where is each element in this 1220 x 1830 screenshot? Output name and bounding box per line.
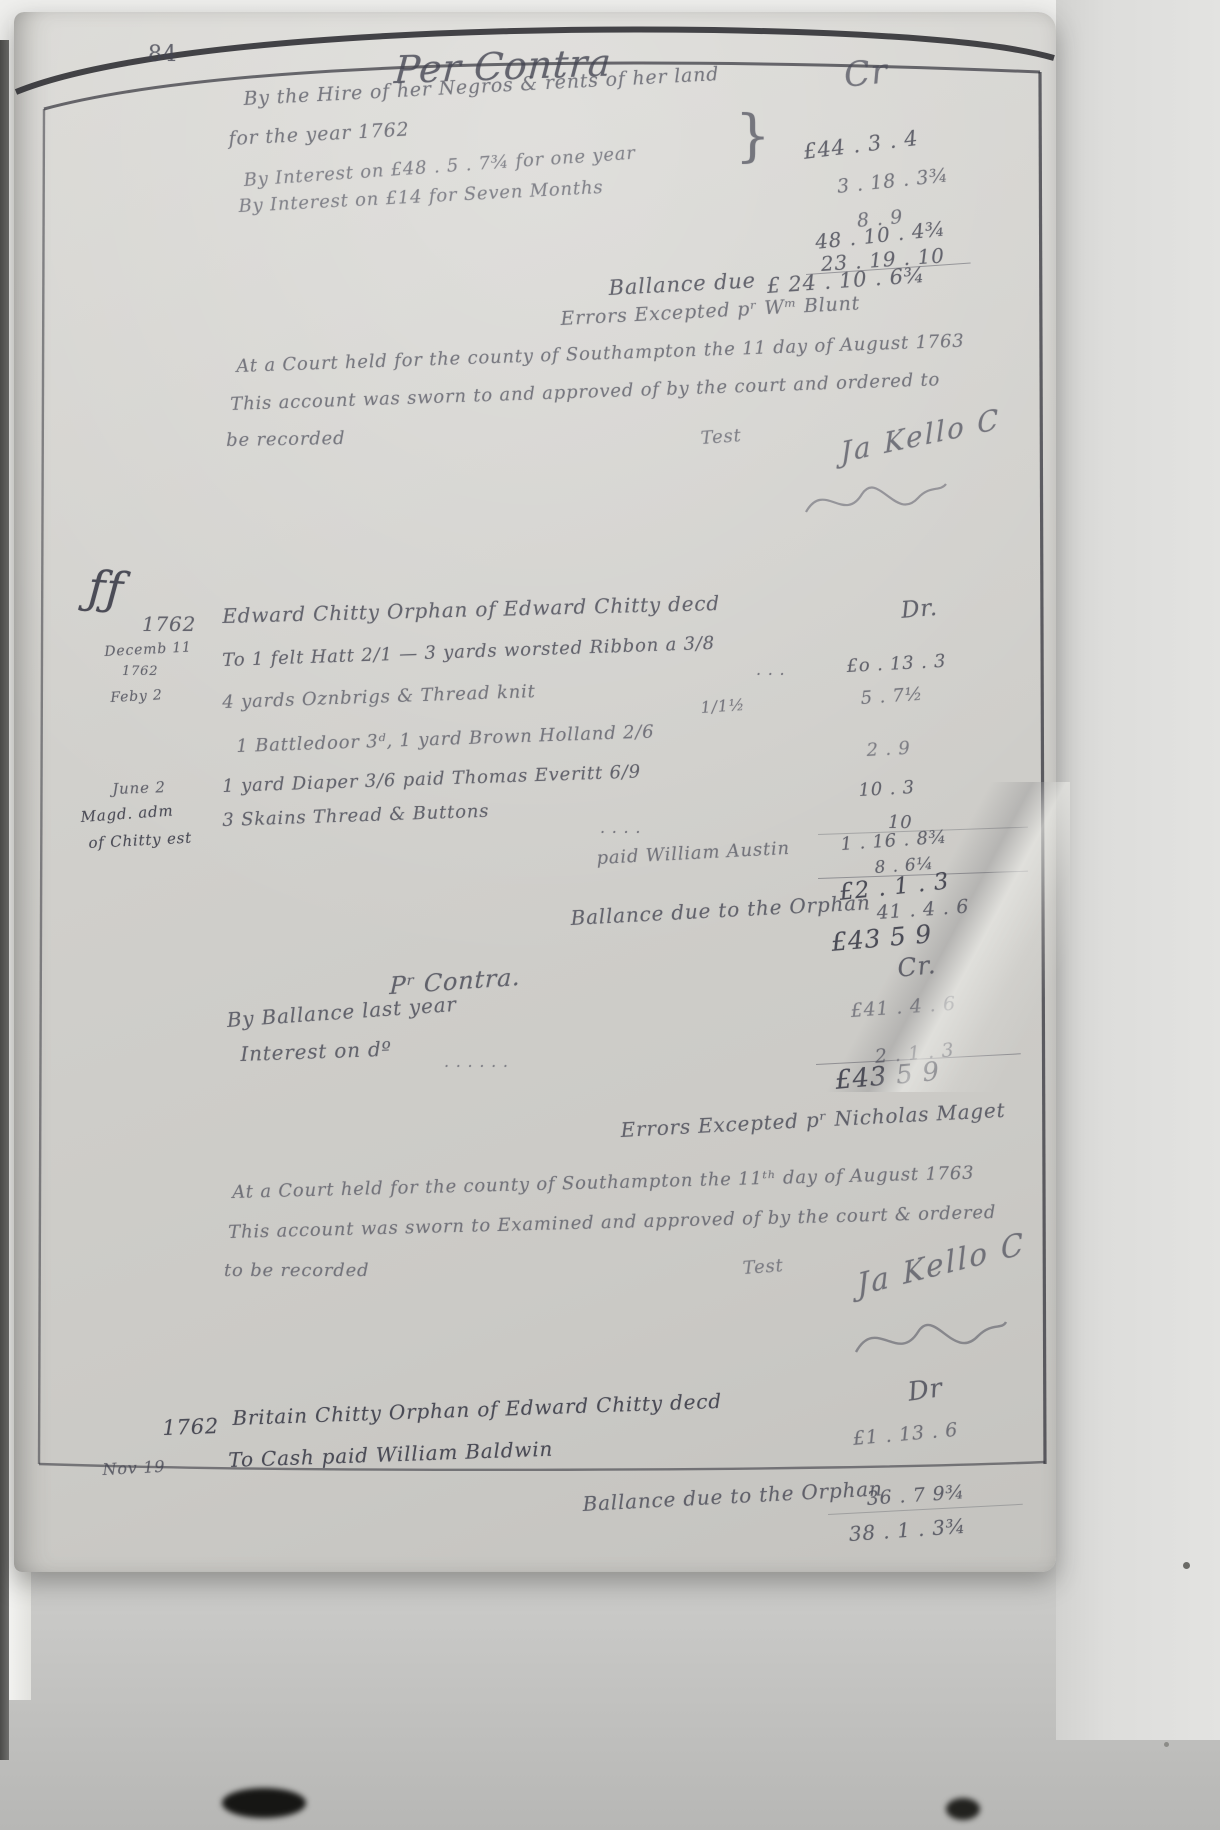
scan-background-right	[1056, 0, 1220, 1740]
photograph-of-ledger-page: 84 Per Contra Cr By the Hire of her Negr…	[0, 0, 1220, 1830]
signature-flourish-2	[850, 1308, 1010, 1372]
contra2-row2-leaders: . . . . . .	[444, 1052, 509, 1071]
brace: }	[735, 104, 771, 169]
cr-mark-account2: Cr.	[896, 950, 938, 983]
ledger-page: 84 Per Contra Cr By the Hire of her Negr…	[14, 12, 1056, 1572]
row1-leaders: . . .	[756, 660, 785, 679]
binder-clip-shadow-left	[222, 1788, 306, 1818]
row4-date: June 2	[112, 778, 166, 798]
row2-amount: 5 . 7½	[860, 684, 924, 709]
court2-line-3: to be recorded	[224, 1260, 369, 1281]
account3-year: 1762	[162, 1414, 219, 1440]
page-number: 84	[148, 42, 178, 67]
speck-right-edge	[1183, 1562, 1190, 1569]
paragraph-mark: ƒƒ	[86, 560, 125, 616]
row3-amount: 2 . 9	[866, 738, 911, 761]
signature-flourish-1	[800, 472, 950, 532]
row5-leaders: . . . .	[600, 818, 641, 837]
row2-date: Feby 2	[110, 687, 163, 706]
row4-amount: 10 . 3	[858, 777, 915, 801]
speck-right-lower	[1164, 1742, 1169, 1747]
book-edge-shadow	[0, 40, 9, 1760]
row2-price: 1/1½	[700, 695, 746, 717]
account3-row1-date: Nov 19	[102, 1457, 166, 1479]
account2-year: 1762	[142, 612, 196, 636]
test-attestation-1: Test	[700, 425, 742, 449]
row1-date-year: 1762	[122, 664, 158, 679]
dr-mark-account2: Dr.	[900, 595, 939, 624]
binder-clip-shadow-right	[946, 1798, 980, 1820]
dr-mark-account3: Dr	[906, 1373, 945, 1408]
court1-line-3: be recorded	[226, 428, 346, 451]
test-attestation-2: Test	[742, 1255, 784, 1279]
cr-mark-top: Cr	[842, 51, 890, 95]
